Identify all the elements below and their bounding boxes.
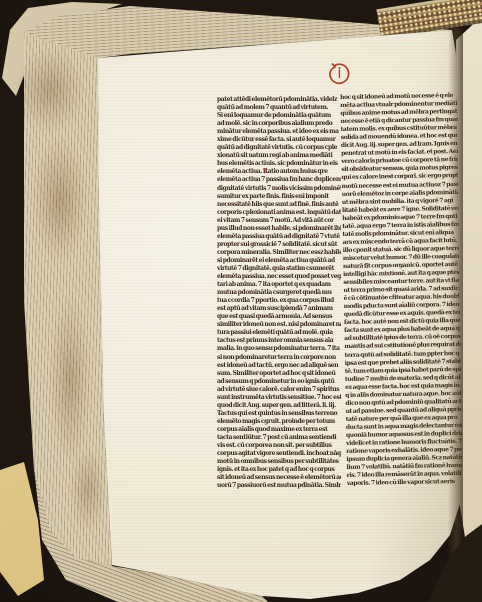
text-line: virtutē 7 dignitatē. quia statim csumerē… bbox=[217, 265, 341, 273]
text-line: necessitatē hiis que sunt ad finē. finis… bbox=[217, 201, 341, 209]
text-line: corpus agitat vigore sentiendi. inchoat … bbox=[217, 450, 341, 458]
text-line: si pdominarēt ei elemēta actiua quātū ad bbox=[217, 257, 341, 265]
text-line: motū in omnibus sensibus per subtilitate… bbox=[217, 458, 341, 466]
text-line: est aptū ad vitam suscipiendā 7 animam bbox=[217, 305, 341, 313]
text-line: xionatū sit natum regi ab anima mediāti bbox=[217, 152, 341, 160]
text-line: minātur elemēta passiua. et ideo ex eis … bbox=[217, 128, 341, 136]
text-line: quātū ad dignitatē virtutis. cū corpus c… bbox=[217, 144, 341, 152]
text-line: malia. in quo sensu pdominatur terra. 7 … bbox=[217, 345, 341, 353]
text-line: patet attēdi elemētorū pdominātia. videl… bbox=[217, 96, 341, 104]
text-line: Tactus qui est quintus in sensibus terre… bbox=[217, 410, 341, 418]
text-line: sunt instrumēta virtutis sensitiue. 7 ho… bbox=[217, 394, 341, 402]
text-line: similiter idoneū non est. nisi pdominare… bbox=[217, 321, 341, 329]
text-line: que est quasi quedā armonia. Ad sensus bbox=[217, 313, 341, 321]
text-line: dignitatē virtutis 7 molis vicissim pdom… bbox=[217, 185, 341, 193]
text-line: corporis cplexionati anima est. inquātū … bbox=[217, 209, 341, 217]
text-line: sit idoneū ad sensus necesse ē elemētorū… bbox=[217, 474, 341, 482]
text-line: tari ab anima. 7 ita oportet q ex quadam bbox=[217, 281, 341, 289]
text-line: quod dicit Aug. super gen. ad litterā. l… bbox=[217, 402, 341, 410]
text-line: Si enī loquamur de pdominātia quātum bbox=[217, 112, 341, 120]
text-line: ignis. et ita ex hoc patet q ad hoc q co… bbox=[217, 466, 341, 474]
text-line: tura passiui elemēti quātū ad molē. quia bbox=[217, 329, 341, 337]
quire-signature-d bbox=[327, 61, 353, 88]
rubric-pilcrow: ¶ bbox=[263, 168, 266, 176]
text-line: tua ccordia 7 pportio. ex qua corpus ill… bbox=[217, 297, 341, 305]
text-line: sumitur ex parte finis. finis enī imponi… bbox=[217, 193, 341, 201]
text-line: bus elemētis actiuis. sic pdominātur in … bbox=[217, 160, 341, 168]
book-photograph: patet attēdi elemētorū pdominātia. videl… bbox=[0, 0, 482, 602]
text-line: ei vitam 7 sensum 7 motū. Ad vitā aūt co… bbox=[217, 217, 341, 225]
text-column-left: patet attēdi elemētorū pdominātia. videl… bbox=[217, 96, 341, 490]
text-line: xime dicūtur essē facta. si autē loquamu… bbox=[217, 136, 341, 144]
text-line: ad virtutē siue calorē. calor enim 7 spi… bbox=[217, 386, 341, 394]
text-line: elemēta passiua. nec esset quod posset v… bbox=[217, 273, 341, 281]
text-line: ad sensum q pdominetur in eo ignis qntū bbox=[217, 378, 341, 386]
text-line: quātū ad molem 7 quantū ad virtutem. bbox=[217, 104, 341, 112]
text-line: vis est. cū corporea non sit. per subtil… bbox=[217, 442, 341, 450]
text-line: ad molē. sic in corporibus aīalium predo bbox=[217, 120, 341, 128]
text-line: si non pdominaretur terra in corpore non bbox=[217, 354, 341, 362]
text-line: est idoneū ad tactū. ergo nec ad aliquē … bbox=[217, 362, 341, 370]
text-line: uorū 7 passiuorū est mutua pdinātia. Sim… bbox=[217, 482, 341, 490]
text-line: corpora mineralia. Similiter nec essz ha… bbox=[217, 249, 341, 257]
text-line: elemēta passiua quātū ad dignitatē 7 vtu… bbox=[217, 233, 341, 241]
text-line: corpus aīalis quod maxime ex terra est bbox=[217, 426, 341, 434]
text-line: propter sui grossiciē 7 soliditatē. sicu… bbox=[217, 241, 341, 249]
gutter-shadow bbox=[448, 28, 463, 562]
text-line: sum. Similiter oportet ad hoc q sit idon… bbox=[217, 370, 341, 378]
text-line: elemēto magis cgruit. proinde per totum bbox=[217, 418, 341, 426]
text-line: elemēta actiua 7 passiua fm hanc duplice… bbox=[217, 176, 341, 184]
text-line: elemēta actiua. ¶ Ratio autem huius qre bbox=[217, 168, 341, 176]
text-line: tacta sentiūtur. 7 post cū anima sentien… bbox=[217, 434, 341, 442]
text-line: mutua pdominātia csurgeret quedā mu bbox=[217, 289, 341, 297]
foxing-stain bbox=[342, 106, 352, 113]
text-line: tactus est primus inter omnia sensus aīa bbox=[217, 337, 341, 345]
text-line: pus illud non esset habile. si pdominarē… bbox=[217, 225, 341, 233]
